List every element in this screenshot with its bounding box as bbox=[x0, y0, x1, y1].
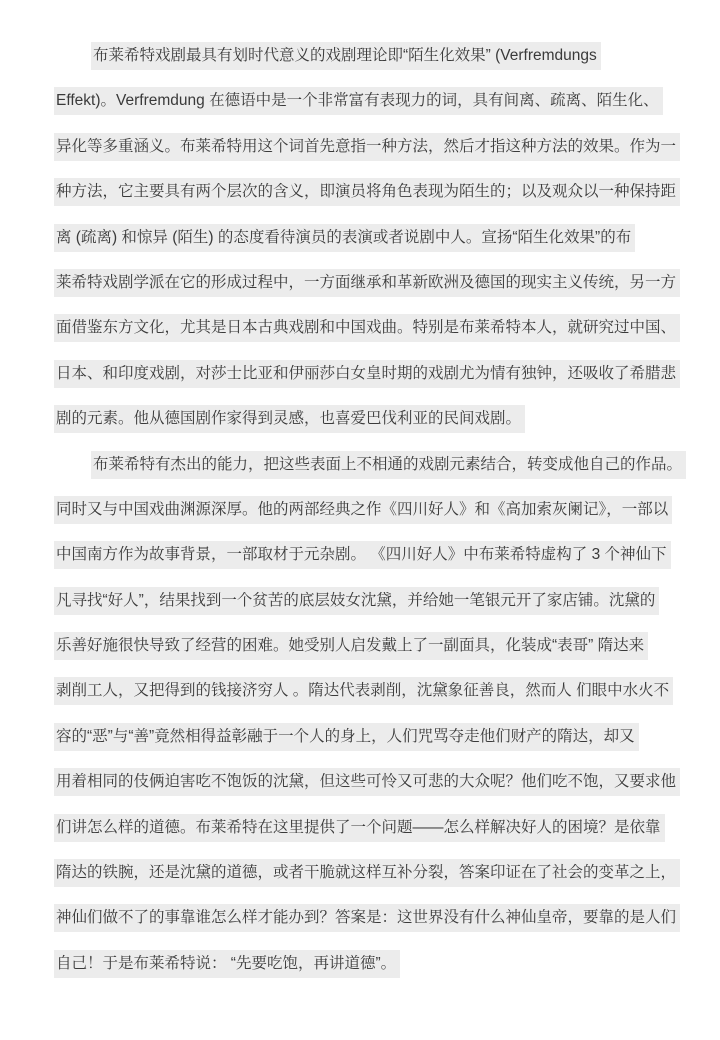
text-line: 同时又与中国戏曲渊源深厚。他的两部经典之作《四川好人》和《高加索灰阑记》，一部以 bbox=[54, 487, 682, 532]
text-line: Effekt)。Verfremdung 在德语中是一个非常富有表现力的词，具有间… bbox=[54, 78, 682, 123]
highlighted-text: 同时又与中国戏曲渊源深厚。他的两部经典之作《四川好人》和《高加索灰阑记》，一部以 bbox=[54, 496, 672, 524]
document-page: 布莱希特戏剧最具有划时代意义的戏剧理论即“陌生化效果” (Verfremdung… bbox=[0, 0, 720, 1040]
highlighted-text: 用着相同的伎俩迫害吃不饱饭的沈黛，但这些可怜又可悲的大众呢？他们吃不饱，又要求他 bbox=[54, 768, 680, 796]
text-line: 容的“恶”与“善”竟然相得益彰融于一个人的身上，人们咒骂夺走他们财产的隋达，却又 bbox=[54, 714, 682, 759]
text-line: 布莱希特有杰出的能力，把这些表面上不相通的戏剧元素结合，转变成他自己的作品。 bbox=[54, 442, 682, 487]
text-line: 离 (疏离) 和惊异 (陌生) 的态度看待演员的表演或者说剧中人。宣扬“陌生化效… bbox=[54, 215, 682, 260]
highlighted-text: 种方法，它主要具有两个层次的含义，即演员将角色表现为陌生的；以及观众以一种保持距 bbox=[54, 178, 680, 206]
highlighted-text: 剥削工人，又把得到的钱接济穷人 。隋达代表剥削，沈黛象征善良，然而人 们眼中水火… bbox=[54, 677, 673, 705]
paragraph-2: 布莱希特有杰出的能力，把这些表面上不相通的戏剧元素结合，转变成他自己的作品。 同… bbox=[54, 442, 682, 987]
highlighted-text: 中国南方作为故事背景，一部取材于元杂剧。 《四川好人》中布莱希特虚构了 3 个神… bbox=[54, 541, 671, 569]
text-line: 隋达的铁腕，还是沈黛的道德，或者干脆就这样互补分裂，答案印证在了社会的变革之上， bbox=[54, 850, 682, 895]
text-line: 日本、和印度戏剧，对莎士比亚和伊丽莎白女皇时期的戏剧尤为情有独钟，还吸收了希腊悲 bbox=[54, 351, 682, 396]
text-line: 凡寻找“好人”，结果找到一个贫苦的底层妓女沈黛，并给她一笔银元开了家店铺。沈黛的 bbox=[54, 578, 682, 623]
highlighted-text: 面借鉴东方文化，尤其是日本古典戏剧和中国戏曲。特别是布莱希特本人，就研究过中国、 bbox=[54, 314, 680, 342]
highlighted-text: 们讲怎么样的道德。布莱希特在这里提供了一个问题——怎么样解决好人的困境？是依靠 bbox=[54, 814, 665, 842]
paragraph-1: 布莱希特戏剧最具有划时代意义的戏剧理论即“陌生化效果” (Verfremdung… bbox=[54, 33, 682, 442]
text-line: 面借鉴东方文化，尤其是日本古典戏剧和中国戏曲。特别是布莱希特本人，就研究过中国、 bbox=[54, 305, 682, 350]
text-line: 剥削工人，又把得到的钱接济穷人 。隋达代表剥削，沈黛象征善良，然而人 们眼中水火… bbox=[54, 668, 682, 713]
highlighted-text: 神仙们做不了的事靠谁怎么样才能办到？答案是：这世界没有什么神仙皇帝，要靠的是人们 bbox=[54, 904, 680, 932]
text-line: 布莱希特戏剧最具有划时代意义的戏剧理论即“陌生化效果” (Verfremdung… bbox=[54, 33, 682, 78]
highlighted-text: 容的“恶”与“善”竟然相得益彰融于一个人的身上，人们咒骂夺走他们财产的隋达，却又 bbox=[54, 723, 639, 751]
text-line: 种方法，它主要具有两个层次的含义，即演员将角色表现为陌生的；以及观众以一种保持距 bbox=[54, 169, 682, 214]
text-line: 乐善好施很快导致了经营的困难。她受别人启发戴上了一副面具，化装成“表哥” 隋达来 bbox=[54, 623, 682, 668]
highlighted-text: 异化等多重涵义。布莱希特用这个词首先意指一种方法，然后才指这种方法的效果。作为一 bbox=[54, 133, 680, 161]
highlighted-text: 布莱希特有杰出的能力，把这些表面上不相通的戏剧元素结合，转变成他自己的作品。 bbox=[91, 451, 686, 479]
text-line: 自己！于是布莱希特说： “先要吃饱，再讲道德”。 bbox=[54, 941, 682, 986]
highlighted-text: 离 (疏离) 和惊异 (陌生) 的态度看待演员的表演或者说剧中人。宣扬“陌生化效… bbox=[54, 224, 635, 252]
text-line: 莱希特戏剧学派在它的形成过程中，一方面继承和革新欧洲及德国的现实主义传统，另一方 bbox=[54, 260, 682, 305]
highlighted-text: 隋达的铁腕，还是沈黛的道德，或者干脆就这样互补分裂，答案印证在了社会的变革之上， bbox=[54, 859, 680, 887]
text-line: 中国南方作为故事背景，一部取材于元杂剧。 《四川好人》中布莱希特虚构了 3 个神… bbox=[54, 532, 682, 577]
highlighted-text: 莱希特戏剧学派在它的形成过程中，一方面继承和革新欧洲及德国的现实主义传统，另一方 bbox=[54, 269, 680, 297]
highlighted-text: 日本、和印度戏剧，对莎士比亚和伊丽莎白女皇时期的戏剧尤为情有独钟，还吸收了希腊悲 bbox=[54, 360, 680, 388]
text-line: 剧的元素。他从德国剧作家得到灵感，也喜爱巴伐利亚的民间戏剧。 bbox=[54, 396, 682, 441]
text-line: 们讲怎么样的道德。布莱希特在这里提供了一个问题——怎么样解决好人的困境？是依靠 bbox=[54, 805, 682, 850]
highlighted-text: 乐善好施很快导致了经营的困难。她受别人启发戴上了一副面具，化装成“表哥” 隋达来 bbox=[54, 632, 648, 660]
text-line: 异化等多重涵义。布莱希特用这个词首先意指一种方法，然后才指这种方法的效果。作为一 bbox=[54, 124, 682, 169]
highlighted-text: 剧的元素。他从德国剧作家得到灵感，也喜爱巴伐利亚的民间戏剧。 bbox=[54, 405, 525, 433]
highlighted-text: 布莱希特戏剧最具有划时代意义的戏剧理论即“陌生化效果” (Verfremdung… bbox=[91, 42, 601, 70]
highlighted-text: 自己！于是布莱希特说： “先要吃饱，再讲道德”。 bbox=[54, 950, 400, 978]
text-line: 用着相同的伎俩迫害吃不饱饭的沈黛，但这些可怜又可悲的大众呢？他们吃不饱，又要求他 bbox=[54, 759, 682, 804]
highlighted-text: Effekt)。Verfremdung 在德语中是一个非常富有表现力的词，具有间… bbox=[54, 87, 663, 115]
highlighted-text: 凡寻找“好人”，结果找到一个贫苦的底层妓女沈黛，并给她一笔银元开了家店铺。沈黛的 bbox=[54, 587, 659, 615]
text-line: 神仙们做不了的事靠谁怎么样才能办到？答案是：这世界没有什么神仙皇帝，要靠的是人们 bbox=[54, 895, 682, 940]
